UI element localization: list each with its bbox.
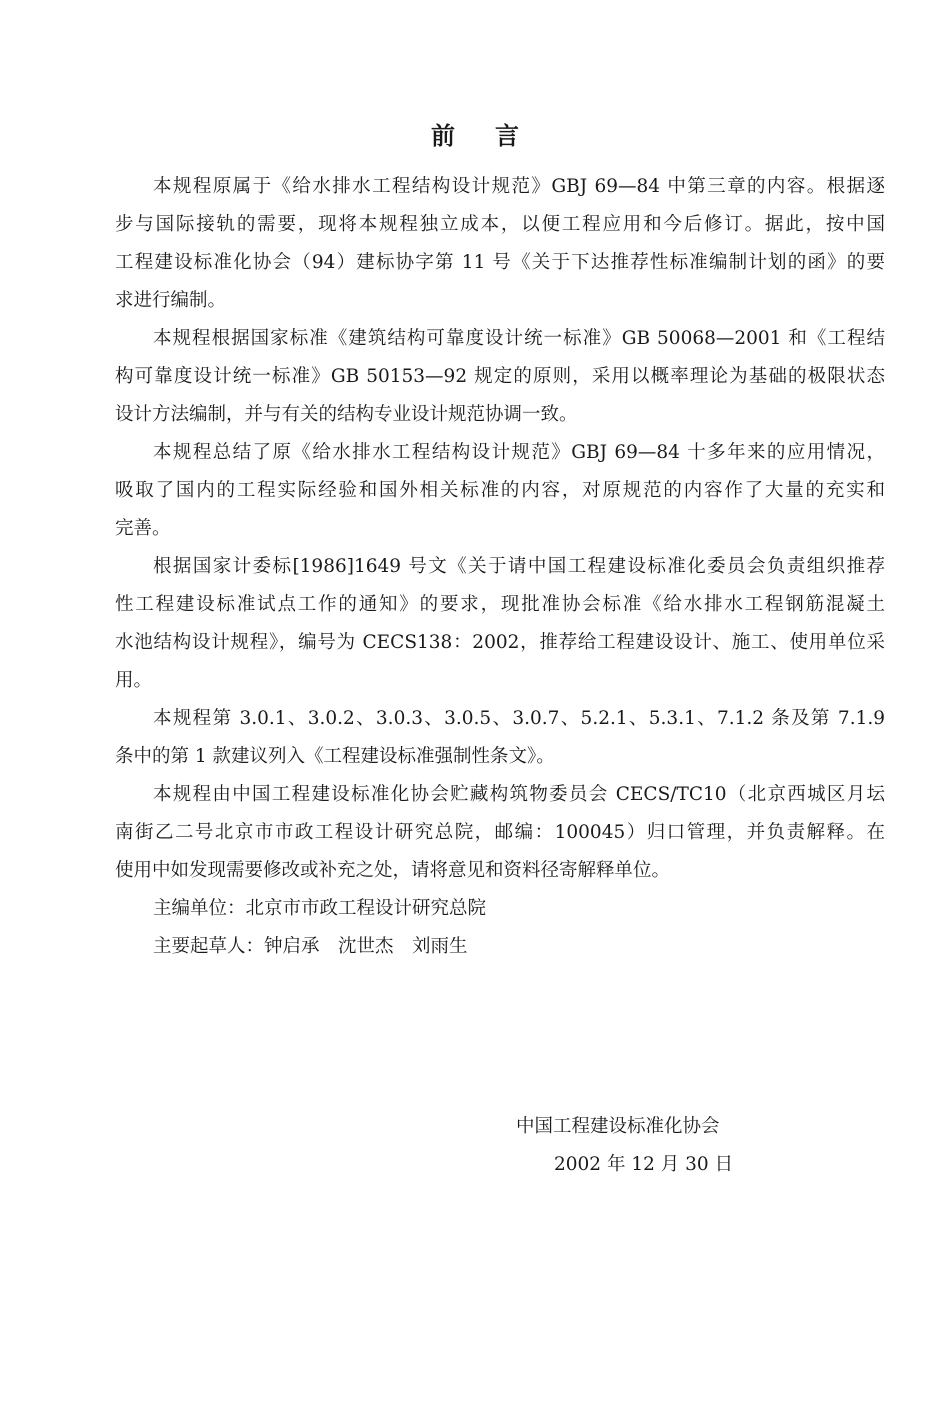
text-line: 本规程根据国家标准《建筑结构可靠度设计统一标准》GB 50068—2001 和《…: [115, 320, 885, 358]
text-line: 条中的第 1 款建议列入《工程建设标准强制性条文》。: [115, 738, 885, 776]
page-title: 前言: [0, 116, 950, 151]
preface-body: 本规程原属于《给水排水工程结构设计规范》GBJ 69—84 中第三章的内容。根据…: [115, 168, 885, 966]
text-line: 水池结构设计规程》，编号为 CECS138：2002，推荐给工程建设设计、施工、…: [115, 624, 885, 662]
signature-block: 中国工程建设标准化协会 2002 年 12 月 30 日: [516, 1108, 733, 1184]
document-page: 前言 本规程原属于《给水排水工程结构设计规范》GBJ 69—84 中第三章的内容…: [0, 0, 950, 1412]
paragraph-approval: 根据国家计委标[1986]1649 号文《关于请中国工程建设标准化委员会负责组织…: [115, 548, 885, 700]
text-line: 完善。: [115, 510, 885, 548]
text-line: 用。: [115, 662, 885, 700]
text-line: 设计方法编制，并与有关的结构专业设计规范协调一致。: [115, 396, 885, 434]
paragraph-management: 本规程由中国工程建设标准化协会贮藏构筑物委员会 CECS/TC10（北京西城区月…: [115, 776, 885, 890]
paragraph-drafters: 主要起草人：钟启承 沈世杰 刘雨生: [115, 928, 885, 966]
text-line: 本规程第 3.0.1、3.0.2、3.0.3、3.0.5、3.0.7、5.2.1…: [115, 700, 885, 738]
paragraph-origin: 本规程原属于《给水排水工程结构设计规范》GBJ 69—84 中第三章的内容。根据…: [115, 168, 885, 320]
text-line: 南街乙二号北京市市政工程设计研究总院，邮编：100045）归口管理，并负责解释。…: [115, 814, 885, 852]
text-line: 本规程总结了原《给水排水工程结构设计规范》GBJ 69—84 十多年来的应用情况…: [115, 434, 885, 472]
paragraph-mandatory-clauses: 本规程第 3.0.1、3.0.2、3.0.3、3.0.5、3.0.7、5.2.1…: [115, 700, 885, 776]
paragraph-chief-editor: 主编单位：北京市市政工程设计研究总院: [115, 890, 885, 928]
text-line: 构可靠度设计统一标准》GB 50153—92 规定的原则，采用以概率理论为基础的…: [115, 358, 885, 396]
title-char-2: 言: [495, 122, 559, 150]
paragraph-basis: 本规程根据国家标准《建筑结构可靠度设计统一标准》GB 50068—2001 和《…: [115, 320, 885, 434]
text-line: 性工程建设标准试点工作的通知》的要求，现批准协会标准《给水排水工程钢筋混凝土: [115, 586, 885, 624]
text-line: 主编单位：北京市市政工程设计研究总院: [115, 890, 885, 928]
text-line: 主要起草人：钟启承 沈世杰 刘雨生: [115, 928, 885, 966]
text-line: 本规程由中国工程建设标准化协会贮藏构筑物委员会 CECS/TC10（北京西城区月…: [115, 776, 885, 814]
text-line: 求进行编制。: [115, 282, 885, 320]
text-line: 使用中如发现需要修改或补充之处，请将意见和资料径寄解释单位。: [115, 852, 885, 890]
paragraph-summary: 本规程总结了原《给水排水工程结构设计规范》GBJ 69—84 十多年来的应用情况…: [115, 434, 885, 548]
text-line: 本规程原属于《给水排水工程结构设计规范》GBJ 69—84 中第三章的内容。根据…: [115, 168, 885, 206]
text-line: 吸取了国内的工程实际经验和国外相关标准的内容，对原规范的内容作了大量的充实和: [115, 472, 885, 510]
text-line: 根据国家计委标[1986]1649 号文《关于请中国工程建设标准化委员会负责组织…: [115, 548, 885, 586]
title-char-1: 前: [431, 122, 495, 150]
signature-date: 2002 年 12 月 30 日: [516, 1146, 733, 1184]
text-line: 工程建设标准化协会（94）建标协字第 11 号《关于下达推荐性标准编制计划的函》…: [115, 244, 885, 282]
text-line: 步与国际接轨的需要，现将本规程独立成本，以便工程应用和今后修订。据此，按中国: [115, 206, 885, 244]
signature-organization: 中国工程建设标准化协会: [516, 1108, 733, 1146]
